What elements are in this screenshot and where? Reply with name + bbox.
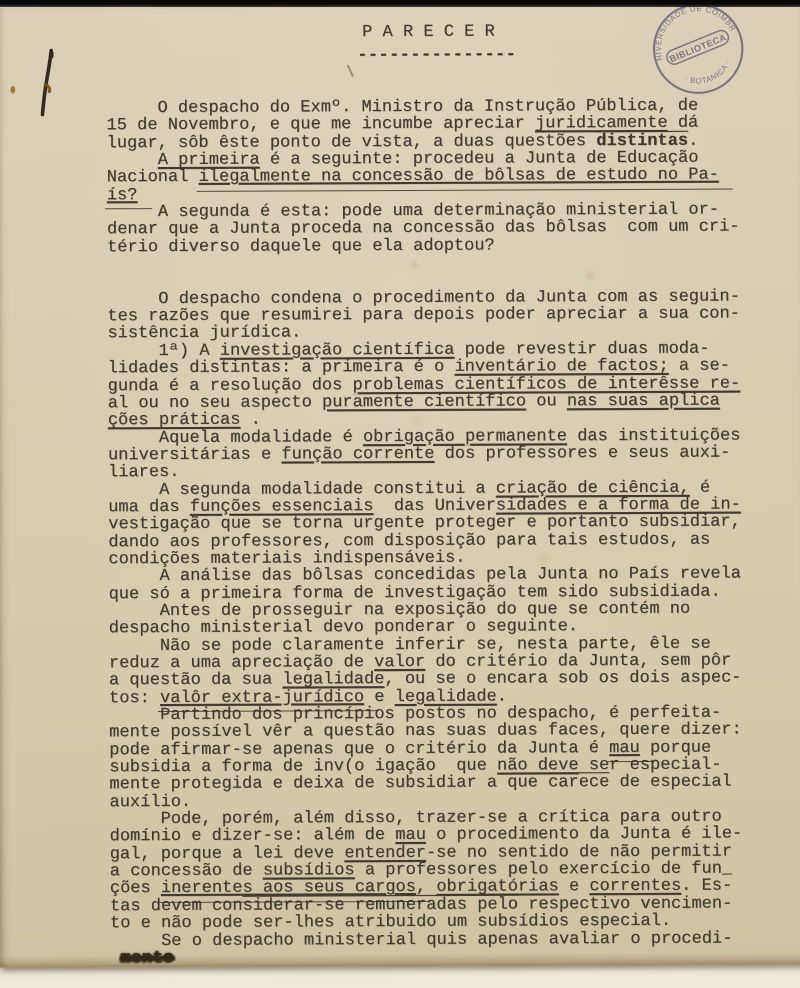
scanned-document: P A R E C E R --------------- UNIVERSIDA…: [0, 0, 800, 988]
text-segment: Se o despacho ministerial quis apenas av…: [110, 929, 732, 951]
text-segment: e: [559, 878, 590, 897]
text-line: al ou no seu aspecto puramente científic…: [108, 392, 788, 412]
margin-ink-mark: [34, 47, 64, 119]
document-page: P A R E C E R --------------- UNIVERSIDA…: [0, 4, 800, 968]
document-body: O despacho do Exmº. Ministro da Instruçã…: [106, 97, 790, 967]
text-segment-emphasis: ís?: [107, 186, 138, 205]
text-segment-emphasis: nas suas aplica: [567, 391, 720, 411]
text-segment: .: [497, 687, 507, 706]
text-segment: . Es-: [681, 877, 732, 896]
scan-background-strip: [0, 0, 800, 7]
stamp-ring-text-bottom: · BOTANICA ·: [681, 56, 737, 93]
text-segment-emphasis: mau: [395, 826, 426, 845]
text-segment: ções: [110, 880, 161, 899]
text-segment-emphasis: mau: [609, 739, 640, 758]
text-segment: ,: [416, 878, 436, 897]
library-stamp: UNIVERSIDADE DE COIMBRA · BOTANICA · BIB…: [636, 0, 761, 111]
text-segment: .: [688, 131, 698, 150]
text-segment-emphasis: valor: [374, 653, 425, 672]
text-segment-emphasis: ilegalmente na concessão de bôlsas de es…: [199, 166, 719, 187]
paper-stain: [10, 86, 15, 94]
text-segment: de especial: [609, 773, 732, 793]
text-segment: dos professores e seus auxi-: [434, 443, 730, 463]
stray-pen-mark: [347, 64, 354, 77]
text-segment: mente protegida e deixa de subsidiar a: [109, 774, 507, 795]
text-segment-emphasis: valôr extra-jurídico: [160, 688, 364, 708]
text-segment: tes razões que resumirei para depois pod…: [107, 305, 740, 327]
text-segment-emphasis: função corrente: [281, 445, 434, 465]
text-segment-emphasis: que carece: [507, 774, 609, 793]
text-segment: ou: [526, 392, 567, 411]
text-segment-emphasis: inerentes aos seus cargos: [161, 878, 416, 898]
text-line: Nacional ilegalmente na concessão de bôl…: [107, 167, 787, 187]
text-segment: .: [240, 411, 260, 430]
text-segment: Nacional: [107, 168, 199, 187]
text-line: tes razões que resumirei para depois pod…: [107, 305, 787, 325]
page-title: P A R E C E R: [362, 23, 495, 43]
text-line: universitárias e função corrente dos pro…: [108, 444, 788, 464]
text-segment: [107, 151, 158, 170]
text-segment: tos:: [109, 689, 160, 708]
title-underline: ---------------: [357, 45, 516, 65]
text-segment: dá: [668, 114, 699, 133]
text-segment: universitárias e: [108, 445, 282, 465]
text-line: mente protegida e deixa de subsidiar a q…: [109, 774, 789, 794]
text-segment: , ou se o encara sob os dois aspec-: [384, 669, 741, 690]
text-segment-emphasis: mento: [120, 949, 174, 968]
text-segment: [110, 949, 120, 968]
text-segment-emphasis: puramente científico: [322, 392, 526, 412]
text-segment: e: [364, 688, 395, 707]
text-line: Se o despacho ministerial quis apenas av…: [110, 930, 790, 950]
text-segment: tério diverso daquele que ela adoptou?: [107, 236, 495, 257]
text-segment: a se-: [669, 357, 730, 376]
text-segment: é: [690, 478, 710, 497]
